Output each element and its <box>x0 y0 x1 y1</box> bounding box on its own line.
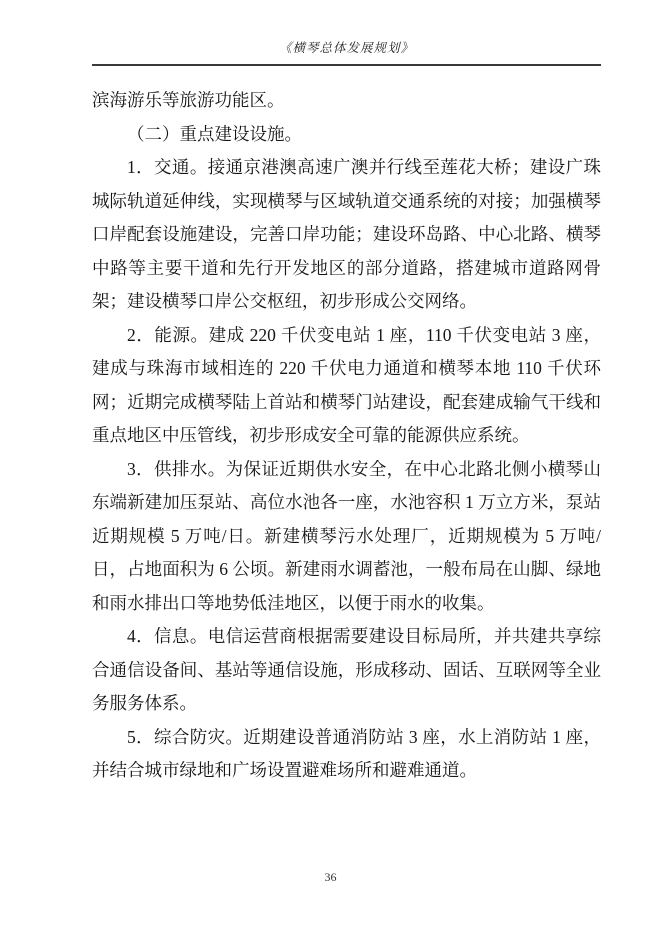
paragraph-water-supply: 3．供排水。为保证近期供水安全，在中心北路北侧小横琴山东端新建加压泵站、高位水池… <box>92 453 601 621</box>
document-page: 《横琴总体发展规划》 滨海游乐等旅游功能区。 （二）重点建设设施。 1．交通。接… <box>0 0 661 935</box>
paragraph-energy: 2．能源。建成 220 千伏变电站 1 座，110 千伏变电站 3 座，建成与珠… <box>92 319 601 453</box>
paragraph-section-heading: （二）重点建设设施。 <box>92 118 601 152</box>
paragraph-information: 4．信息。电信运营商根据需要建设目标局所，并共建共享综合通信设备间、基站等通信设… <box>92 620 601 721</box>
paragraph-transport: 1．交通。接通京港澳高速广澳并行线至莲花大桥；建设广珠城际轨道延伸线，实现横琴与… <box>92 151 601 319</box>
paragraph-continuation: 滨海游乐等旅游功能区。 <box>92 84 601 118</box>
page-number: 36 <box>0 870 661 885</box>
running-header: 《横琴总体发展规划》 <box>92 38 601 66</box>
document-title: 《横琴总体发展规划》 <box>279 41 414 55</box>
paragraph-disaster-prevention: 5．综合防灾。近期建设普通消防站 3 座，水上消防站 1 座，并结合城市绿地和广… <box>92 721 601 788</box>
document-body: 滨海游乐等旅游功能区。 （二）重点建设设施。 1．交通。接通京港澳高速广澳并行线… <box>92 84 601 788</box>
